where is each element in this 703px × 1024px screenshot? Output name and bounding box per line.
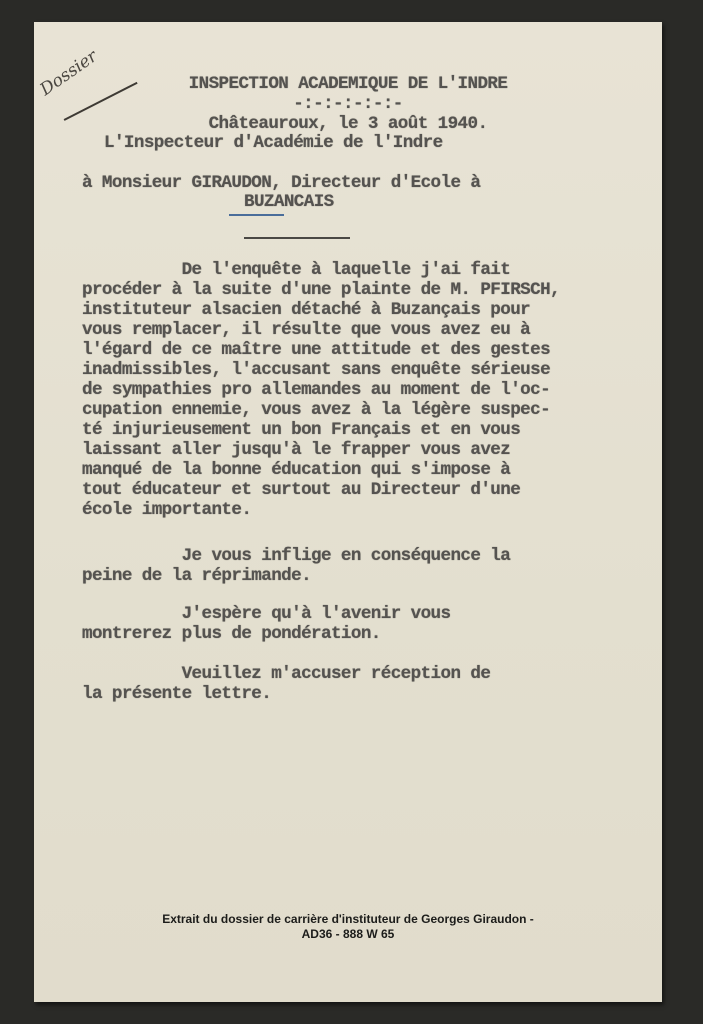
body-line: vous remplacer, il résulte que vous avez… [82,320,530,340]
letter-header-title: INSPECTION ACADEMIQUE DE L'INDRE [34,74,662,94]
body-line: tout éducateur et surtout au Directeur d… [82,480,520,500]
caption-line-1: Extrait du dossier de carrière d'institu… [34,912,662,927]
body-line: cupation ennemie, vous avez à la légère … [82,400,550,420]
recipient-line-1: à Monsieur GIRAUDON, Directeur d'Ecole à [82,173,480,193]
body-line: té injurieusement un bon Français et en … [82,420,520,440]
body-line: De l'enquête à laquelle j'ai fait [82,260,510,280]
body-line: manqué de la bonne éducation qui s'impos… [82,460,510,480]
sender-line: L'Inspecteur d'Académie de l'Indre [104,133,443,153]
body-line: procéder à la suite d'une plainte de M. … [82,280,560,300]
body-line: instituteur alsacien détaché à Buzançais… [82,300,530,320]
letter-page: Dossier INSPECTION ACADEMIQUE DE L'INDRE… [34,22,662,1002]
recipient-line-2: BUZANCAIS [244,192,334,212]
town-underline [244,237,350,239]
blue-underline-mark [229,214,284,216]
body-line: école importante. [82,500,251,520]
archive-caption: Extrait du dossier de carrière d'institu… [34,912,662,942]
place-date: Châteauroux, le 3 août 1940. [34,114,662,134]
body-line: de sympathies pro allemandes au moment d… [82,380,550,400]
body-line: Je vous inflige en conséquence la [82,546,510,566]
body-line: peine de la réprimande. [82,566,311,586]
header-separator: -:-:-:-:-:- [34,94,662,114]
body-line: laissant aller jusqu'à le frapper vous a… [82,440,510,460]
body-line: Veuillez m'accuser réception de [82,664,490,684]
body-line: montrerez plus de pondération. [82,624,381,644]
caption-line-2: AD36 - 888 W 65 [34,927,662,942]
body-line: l'égard de ce maître une attitude et des… [82,340,550,360]
body-line: inadmissibles, l'accusant sans enquête s… [82,360,550,380]
body-line: J'espère qu'à l'avenir vous [82,604,450,624]
body-line: la présente lettre. [82,684,271,704]
